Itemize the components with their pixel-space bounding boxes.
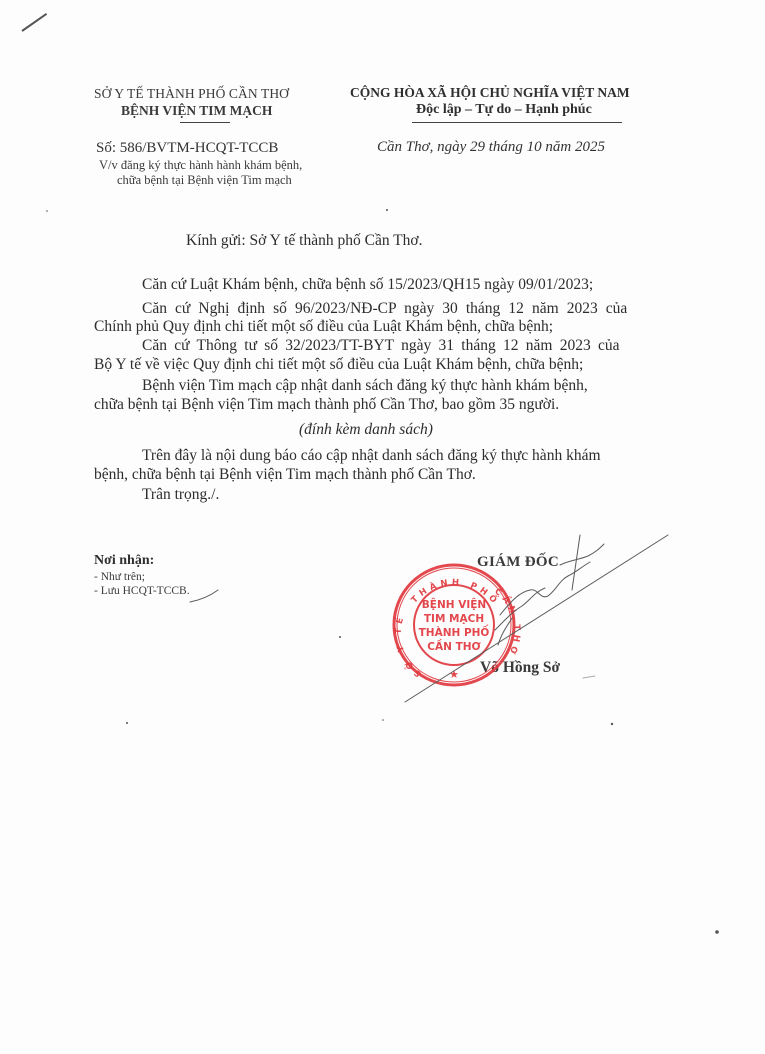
seal-inner-line: BỆNH VIỆN xyxy=(422,598,486,611)
seal-inner-line: TIM MẠCH xyxy=(424,613,484,625)
scan-specks xyxy=(46,209,719,934)
seal-outer-text-right: CẦN THƠ xyxy=(492,587,521,659)
seal-inner-line: THÀNH PHỐ xyxy=(419,624,490,639)
seal-inner-line: CẦN THƠ xyxy=(427,639,480,653)
seal-and-signature: THÀNH PHỐ SỞ Y TẾ CẦN THƠ BỆNH VIỆN TIM … xyxy=(0,0,765,1054)
seal-star-icon: ★ xyxy=(449,668,459,681)
